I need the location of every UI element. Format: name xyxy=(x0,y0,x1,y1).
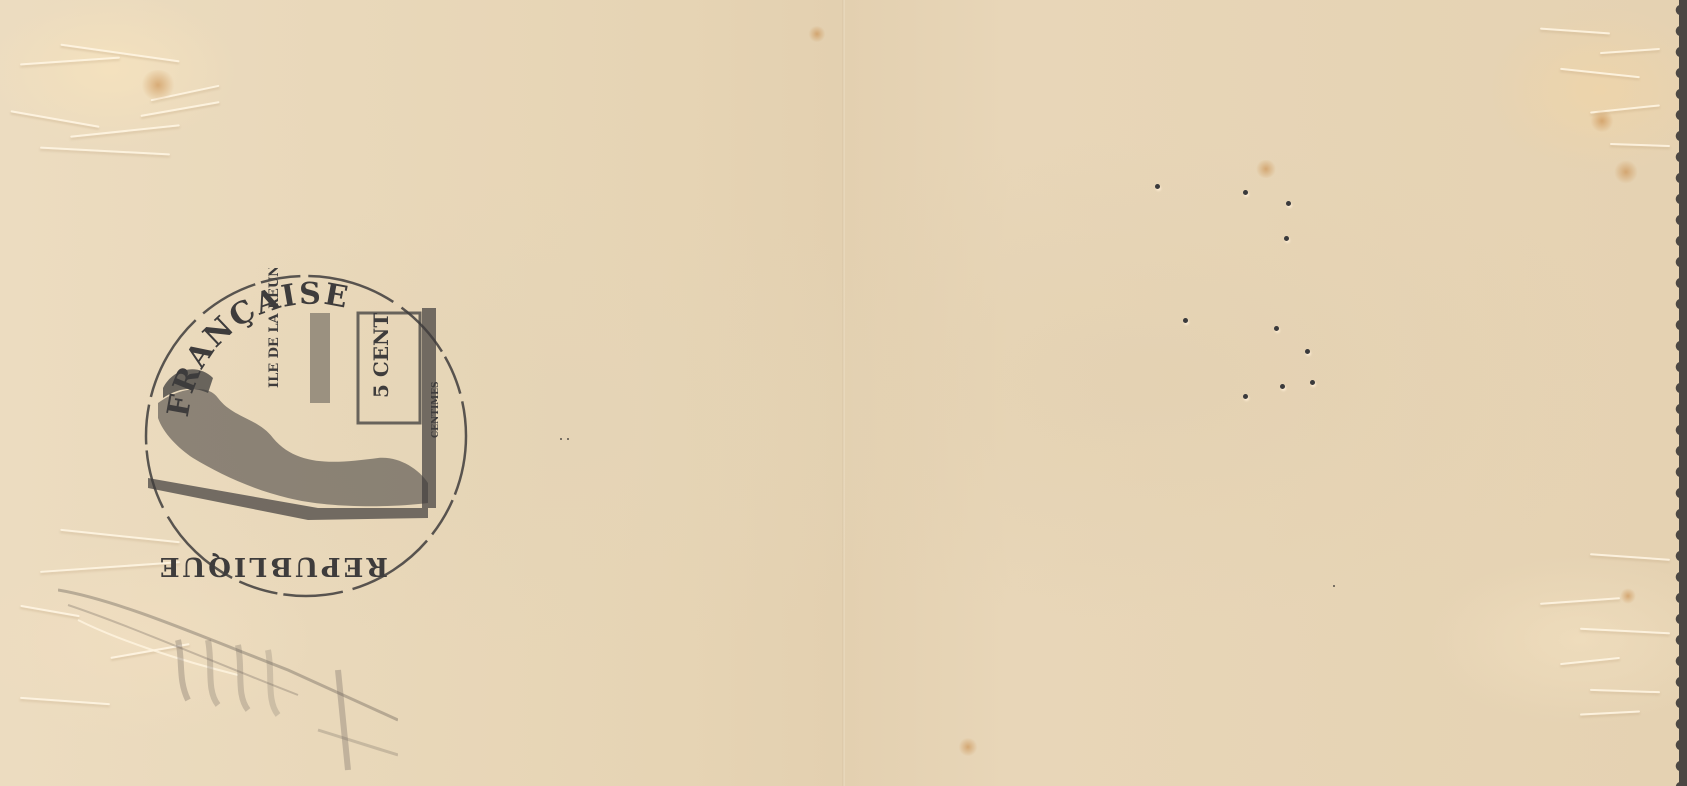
paper-crease xyxy=(1610,143,1670,147)
paper-crease xyxy=(1590,689,1660,693)
pinhole xyxy=(1284,236,1289,241)
seal-bottom-text: REPUBLIQUE xyxy=(157,551,388,581)
paper-crease xyxy=(40,147,170,156)
paper-crease xyxy=(1600,48,1660,54)
pinhole xyxy=(1305,349,1310,354)
pinhole xyxy=(1183,318,1188,323)
paper-crease xyxy=(11,110,100,128)
foxing-stain xyxy=(1255,160,1277,178)
ink-speck xyxy=(1333,585,1335,587)
perforated-edge xyxy=(1679,0,1687,786)
pinhole xyxy=(1286,201,1291,206)
pinhole xyxy=(1243,190,1248,195)
paper-crease xyxy=(1580,628,1670,635)
seal-side-text: CENTIMES xyxy=(431,382,441,438)
pinhole xyxy=(1155,184,1160,189)
foxing-stain xyxy=(140,70,176,100)
paper-crease xyxy=(140,101,219,117)
foxing-stain xyxy=(1590,110,1614,132)
pinhole xyxy=(1280,384,1285,389)
paper-crease xyxy=(20,57,120,66)
document-sheet: FRANÇAISE REPUBLIQUE ILE DE LA REUNION 5… xyxy=(0,0,1687,786)
center-fold-line xyxy=(842,0,845,786)
embossed-mark xyxy=(58,580,398,780)
paper-crease xyxy=(1580,710,1640,715)
foxing-stain xyxy=(958,738,978,756)
pinhole xyxy=(1310,380,1315,385)
paper-crease xyxy=(1590,553,1670,561)
seal-monument-text: ILE DE LA REUNION xyxy=(267,268,282,388)
pinhole xyxy=(1274,326,1279,331)
foxing-stain xyxy=(1614,160,1638,184)
paper-crease xyxy=(1540,597,1620,605)
paper-crease xyxy=(1560,657,1620,665)
republique-francaise-seal: FRANÇAISE REPUBLIQUE ILE DE LA REUNION 5… xyxy=(138,268,478,608)
foxing-stain xyxy=(808,26,826,42)
paper-crease xyxy=(1560,68,1640,78)
ink-speck xyxy=(567,438,569,440)
seal-value-text: 5 CENT xyxy=(369,313,393,398)
paper-crease xyxy=(1540,28,1610,35)
paper-crease xyxy=(70,124,180,137)
foxing-stain xyxy=(1620,588,1636,604)
pinhole xyxy=(1243,394,1248,399)
ink-speck xyxy=(560,438,562,440)
